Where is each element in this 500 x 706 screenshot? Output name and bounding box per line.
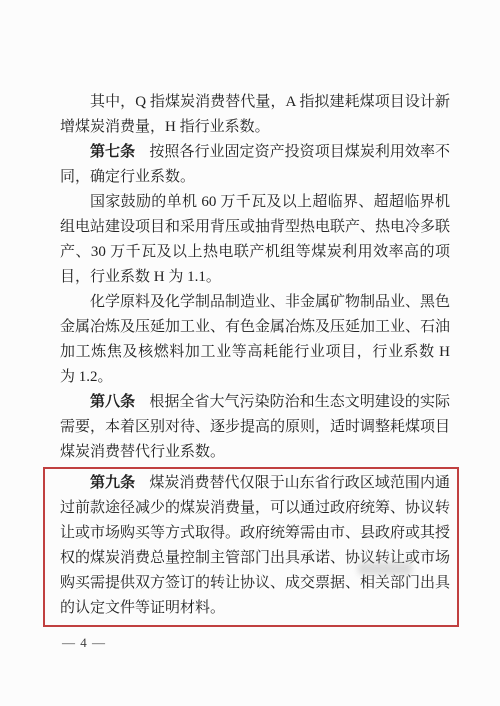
paragraph: 第七条按照各行业固定资产投资项目煤炭利用效率不同，确定行业系数。 <box>60 140 450 190</box>
document-page: 其中，Q 指煤炭消费替代量，A 指拟建耗煤项目设计新增煤炭消费量，H 指行业系数… <box>0 0 500 706</box>
article-heading: 第九条 <box>90 475 135 491</box>
paragraph: 第八条根据全省大气污染防治和生态文明建设的实际需要，本着区别对待、逐步提高的原则… <box>60 390 450 465</box>
article-heading: 第八条 <box>90 394 135 410</box>
paragraph: 化学原料及化学制品制造业、非金属矿物制品业、黑色金属冶炼及压延加工业、有色金属冶… <box>60 290 450 390</box>
paragraph: 其中，Q 指煤炭消费替代量，A 指拟建耗煤项目设计新增煤炭消费量，H 指行业系数… <box>60 90 450 140</box>
paragraph: 国家鼓励的单机 60 万千瓦及以上超临界、超超临界机组电站建设项目和采用背压或抽… <box>60 190 450 290</box>
paragraph-text: 化学原料及化学制品制造业、非金属矿物制品业、黑色金属冶炼及压延加工业、有色金属冶… <box>60 294 450 385</box>
document-body: 其中，Q 指煤炭消费替代量，A 指拟建耗煤项目设计新增煤炭消费量，H 指行业系数… <box>60 90 450 627</box>
highlight-box: 第九条煤炭消费替代仅限于山东省行政区域范围内通过前款途径减少的煤炭消费量，可以通… <box>43 467 459 627</box>
page-number: — 4 — <box>62 634 106 652</box>
paragraph-highlighted: 第九条煤炭消费替代仅限于山东省行政区域范围内通过前款途径减少的煤炭消费量，可以通… <box>60 471 450 621</box>
paragraph-text: 煤炭消费替代仅限于山东省行政区域范围内通过前款途径减少的煤炭消费量，可以通过政府… <box>60 475 450 616</box>
paragraph-text: 其中，Q 指煤炭消费替代量，A 指拟建耗煤项目设计新增煤炭消费量，H 指行业系数… <box>60 94 450 135</box>
paragraph-text: 国家鼓励的单机 60 万千瓦及以上超临界、超超临界机组电站建设项目和采用背压或抽… <box>60 194 450 285</box>
article-heading: 第七条 <box>90 144 135 160</box>
